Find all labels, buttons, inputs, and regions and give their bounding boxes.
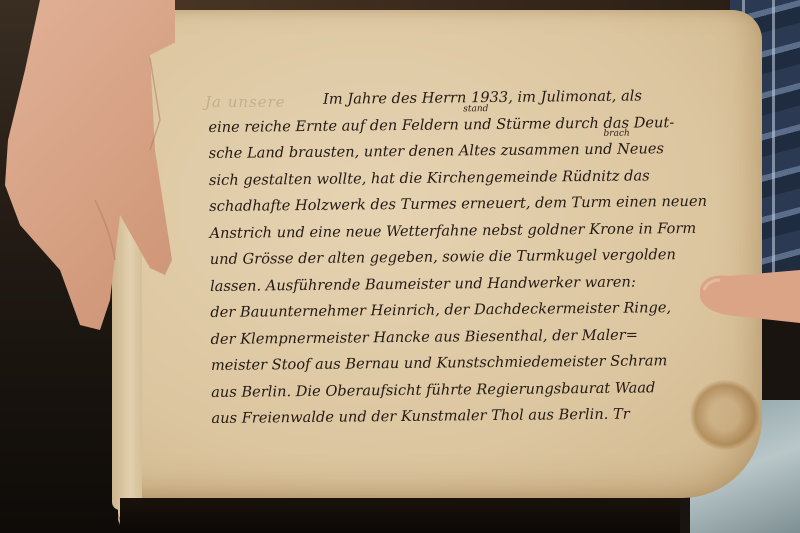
insertion-stand: stand [463, 105, 488, 114]
bottom-shadow [120, 498, 680, 533]
text-line: aus Freienwalde und der Kunstmaler Thol … [211, 401, 731, 433]
insertion-brach: brach [603, 130, 629, 139]
left-hand [0, 0, 175, 330]
handwritten-text: Im Jahre des Herrn 1933, im Julimonat, a… [208, 83, 732, 433]
right-hand-thumb [700, 268, 800, 328]
